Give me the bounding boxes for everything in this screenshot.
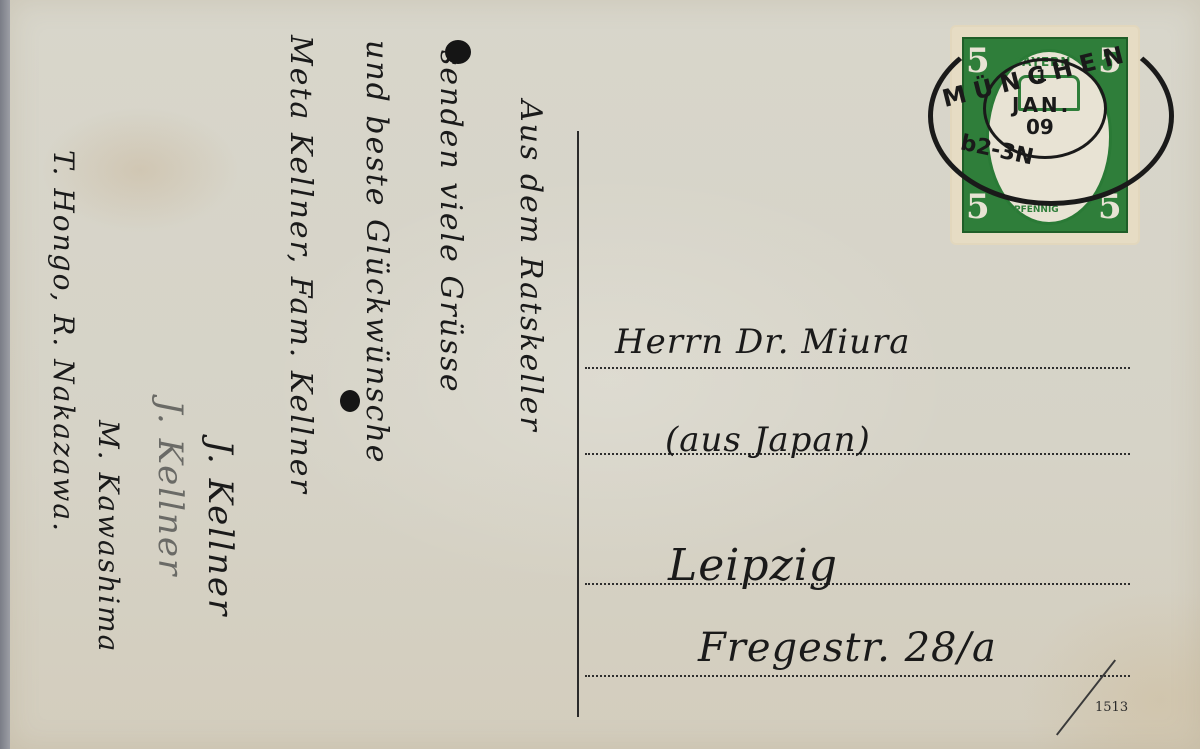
message-line-2: senden viele Grüsse (433, 50, 468, 394)
address-name: Herrn Dr. Miura (615, 322, 910, 362)
message-line-4: Meta Kellner, Fam. Kellner (283, 35, 318, 495)
ink-blot (340, 390, 360, 412)
address-line-1 (585, 367, 1130, 369)
signature-4: T. Hongo, R. Nakazawa. (47, 150, 80, 533)
signature-3: M. Kawashima (92, 420, 125, 653)
postmark-month: JAN. (1012, 93, 1071, 117)
address-origin: (aus Japan) (665, 420, 871, 460)
signature-2: J. Kellner (150, 400, 190, 577)
postmark-day: 1 (1036, 66, 1047, 85)
stamp-denomination-bl: 5 (966, 187, 990, 227)
address-line-4 (585, 675, 1130, 677)
postmark-year: 09 (1026, 115, 1054, 139)
address-street: Fregestr. 28/a (698, 625, 997, 671)
divider-line (577, 131, 579, 717)
message-line-1: Aus dem Ratskeller (513, 100, 548, 433)
message-line-3: und beste Glückwünsche (359, 40, 394, 465)
background-edge (0, 0, 10, 749)
signature-1: J. Kellner (200, 440, 240, 617)
stamp-unit: PFENNIG (1014, 205, 1059, 215)
address-city: Leipzig (668, 540, 838, 591)
address-line-3 (585, 583, 1130, 585)
print-number: 1513 (1095, 700, 1128, 715)
ink-blot (445, 40, 471, 64)
